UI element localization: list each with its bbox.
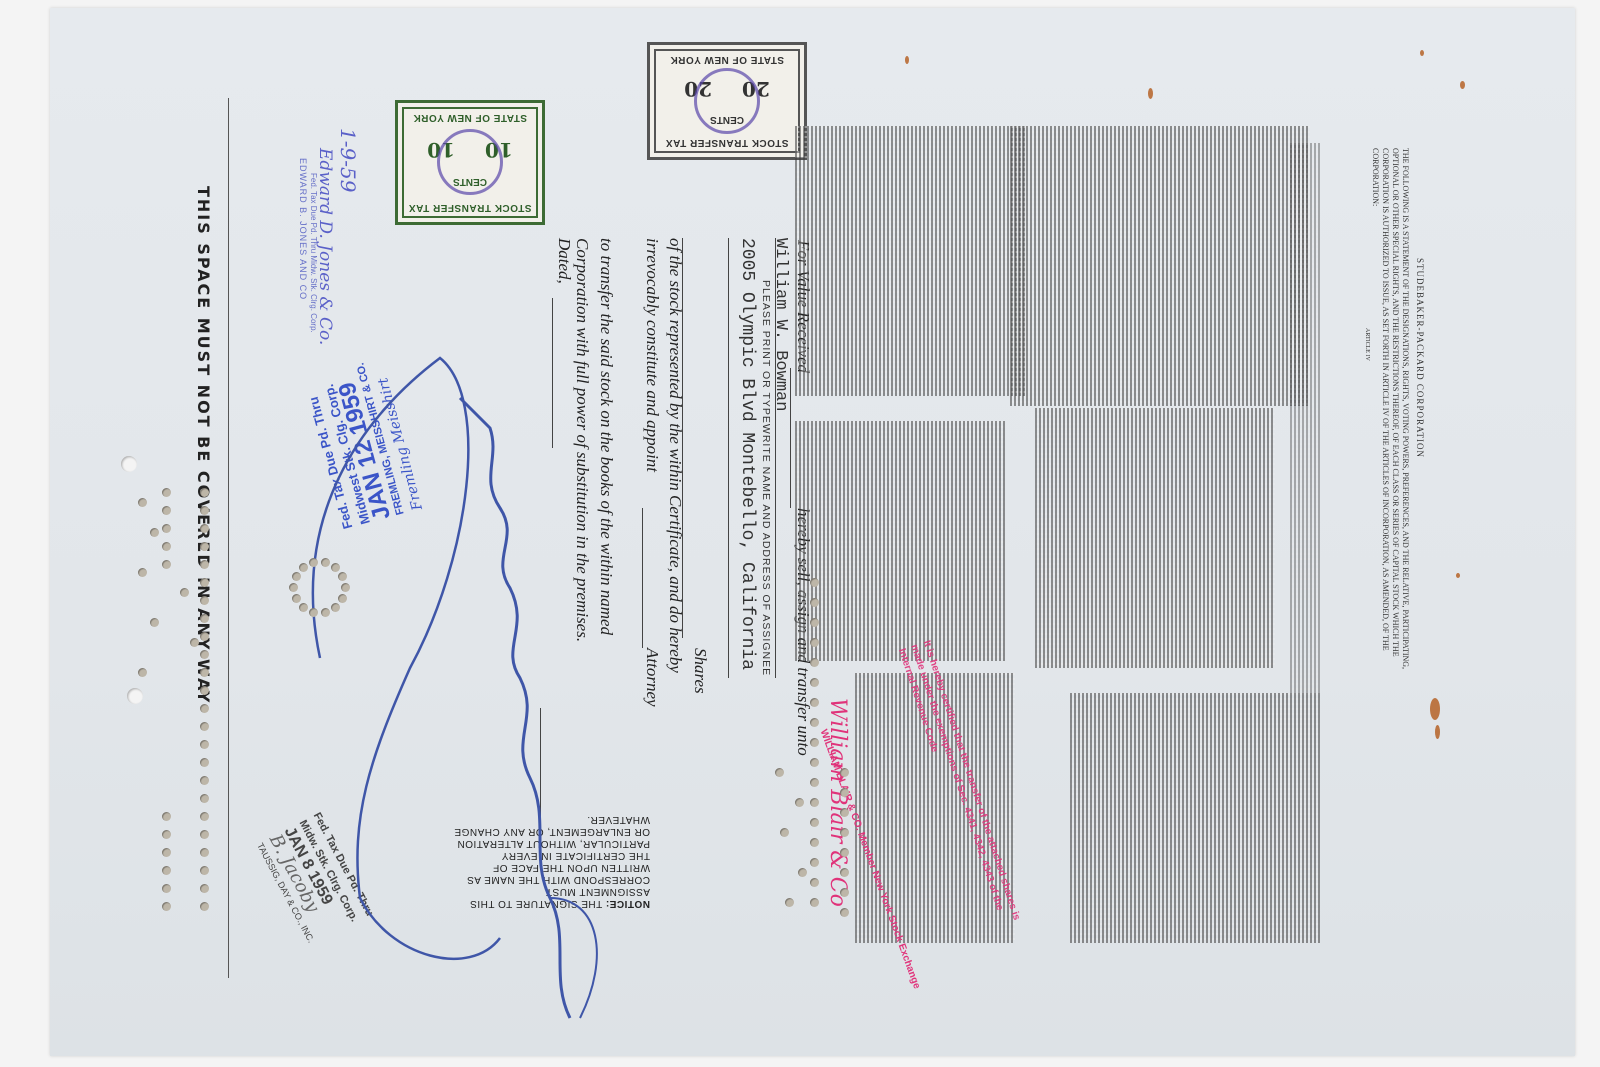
perforation-hole [162,884,171,893]
perforation-hole [810,798,819,807]
assignee-address: 2005 Olympic Blvd Montebello, California [737,238,757,670]
perforation-hole [840,768,849,777]
perforation-hole [138,568,147,577]
perforation-hole [810,878,819,887]
perforation-hole [810,678,819,687]
cancellation-mark [694,68,760,134]
rust-spot [1430,698,1440,720]
perforation-hole [200,902,209,911]
perforation-hole [840,908,849,917]
binder-hole-top [121,456,137,472]
perforation-hole [162,902,171,911]
statement-column-header [1290,143,1320,693]
perforation-hole [200,506,209,515]
perforation-hole [810,618,819,627]
perforation-hole [150,618,159,627]
perforation-hole [138,668,147,677]
statement-column-1 [795,126,1025,396]
perforation-hole [162,830,171,839]
perforation-hole [810,738,819,747]
perforation-hole [292,594,301,603]
statement-column-2b [1035,408,1275,668]
perforation-hole [810,778,819,787]
perforation-hole [200,668,209,677]
perforation-hole [162,560,171,569]
margin-notice: THIS SPACE MUST NOT BE COVERED IN ANY WA… [194,186,213,704]
assignee-line [775,238,776,678]
statement-column-3b [1070,693,1320,943]
perforation-hole [810,658,819,667]
perforation-hole [840,848,849,857]
binder-hole-bottom [127,688,143,704]
perforation-hole [840,788,849,797]
statement-column-1b [1010,126,1310,406]
perforation-hole [162,506,171,515]
edward-jones-stamp: EDWARD B. JONES AND CO [298,158,308,300]
perforation-hole [150,528,159,537]
perforation-hole [289,583,298,592]
perforation-hole [810,818,819,827]
main-signature [230,338,630,1038]
perforation-hole [810,758,819,767]
perforation-hole [162,866,171,875]
perforation-hole [840,808,849,817]
perforation-hole [200,578,209,587]
perforation-hole [299,563,308,572]
irrevocably-text: irrevocably constitute and appoint [642,238,662,472]
represented-text: of the stock represented by the within C… [665,238,685,673]
rust-spot [1420,50,1424,56]
perforation-hole [200,686,209,695]
perforation-hole [138,498,147,507]
shares-label: Shares [690,648,710,694]
perforation-hole [200,776,209,785]
perforation-hole [810,858,819,867]
assignee-name: William W. Bowman [771,238,790,411]
perforation-hole [795,798,804,807]
perforation-hole [200,722,209,731]
perforation-hole [775,768,784,777]
perforation-hole [162,542,171,551]
certificate-sheet: THIS SPACE MUST NOT BE COVERED IN ANY WA… [50,8,1575,1056]
perforation-hole [785,898,794,907]
perforation-hole [200,704,209,713]
perforation-hole [292,572,301,581]
print-label: PLEASE PRINT OR TYPEWRITE NAME AND ADDRE… [760,280,772,676]
perforation-hole [200,758,209,767]
perforation-hole [200,614,209,623]
perforation-hole [200,884,209,893]
perforation-hole [780,828,789,837]
perforation-hole [331,563,340,572]
perforation-hole [798,868,807,877]
perforation-hole [810,898,819,907]
statement-column-2 [795,421,1005,661]
attorney-line [642,508,643,648]
perforation-hole [200,524,209,533]
perforation-hole [309,558,318,567]
rust-spot [905,56,909,64]
perforation-hole [200,632,209,641]
perforation-hole [341,583,350,592]
perforation-hole [162,488,171,497]
perforation-hole [162,524,171,533]
ny-transfer-tax-stamp-20c: STOCK TRANSFER TAX CENTS 2020 STATE OF N… [647,42,807,160]
rust-spot [1435,725,1440,739]
dated-label: Dated, [554,238,574,284]
perforation-hole [321,558,330,567]
perforation-hole [810,698,819,707]
for-value-line [790,368,791,508]
rust-spot [1460,81,1465,89]
perforation-hole [200,794,209,803]
perforation-hole [810,638,819,647]
edward-jones-date: 1-9-59 [336,128,360,192]
perforation-hole [810,578,819,587]
perforation-hole [162,812,171,821]
perforation-hole [200,542,209,551]
rust-spot [1148,88,1153,99]
attorney-label: Attorney [642,648,662,707]
margin-rule [228,98,229,978]
perforation-hole [200,812,209,821]
perforation-hole [200,596,209,605]
ny-transfer-tax-stamp-10c: STOCK TRANSFER TAX CENTS 1010 STATE OF N… [395,100,545,225]
perforation-hole [200,560,209,569]
perforation-hole [190,638,199,647]
corporation-name: STUDEBAKER-PACKARD CORPORATION [1415,258,1425,458]
perforation-hole [810,838,819,847]
perforation-hole [200,866,209,875]
cancellation-mark [437,130,503,196]
perforation-hole [200,488,209,497]
address-line [728,238,729,678]
rust-spot [1456,573,1460,578]
perforation-hole [810,718,819,727]
perforation-hole [200,740,209,749]
perforation-hole [180,588,189,597]
perforation-hole [200,650,209,659]
statement-intro: THE FOLLOWING IS A STATEMENT OF THE DESI… [1364,148,1410,708]
perforation-hole [200,830,209,839]
perforation-hole [810,598,819,607]
perforation-hole [840,888,849,897]
perforation-hole [840,828,849,837]
perforation-hole [200,848,209,857]
perforation-hole [840,868,849,877]
perforation-hole [162,848,171,857]
